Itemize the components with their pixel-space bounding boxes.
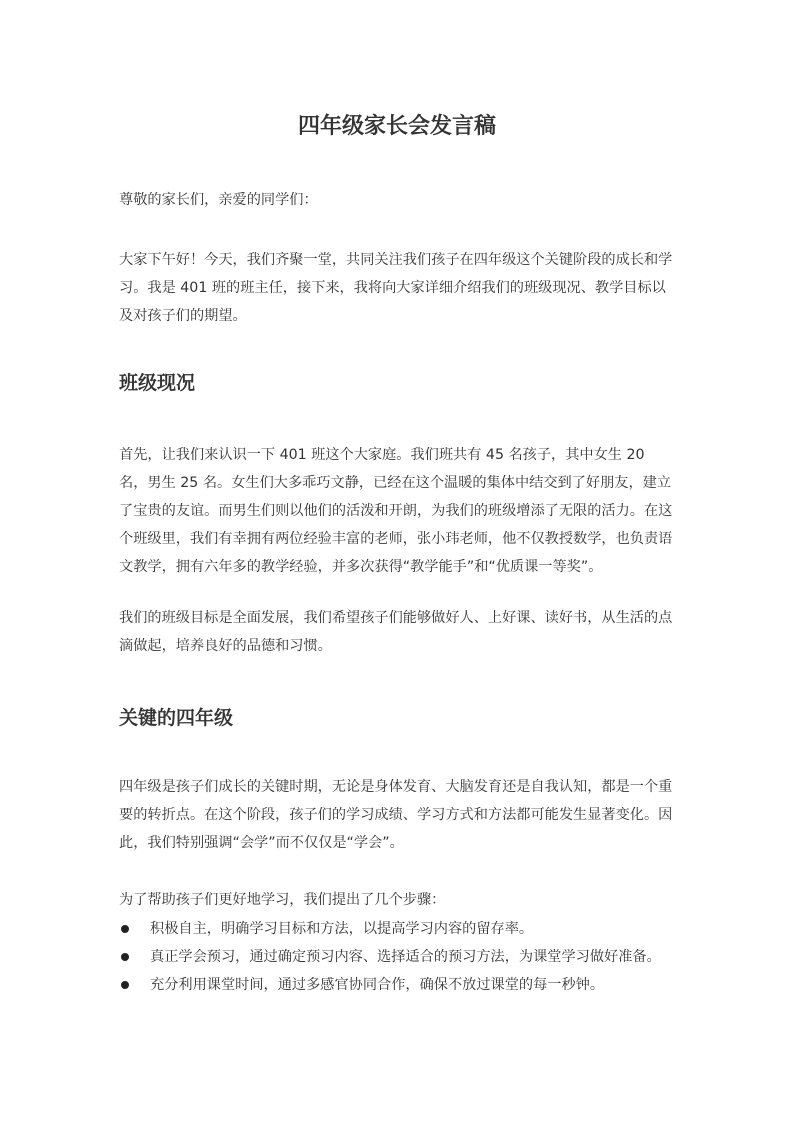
bullet-icon	[121, 981, 129, 989]
list-item-text: 积极自主，明确学习目标和方法，以提高学习内容的留存率。	[150, 921, 533, 937]
section-heading-key-grade: 关键的四年级	[119, 704, 233, 732]
class-status-paragraph: 首先，让我们来认识一下 401 班这个大家庭。我们班共有 45 名孩子，其中女生…	[119, 441, 675, 581]
greeting: 尊敬的家长们，亲爱的同学们：	[119, 186, 675, 214]
steps-list: 积极自主，明确学习目标和方法，以提高学习内容的留存率。 真正学会预习，通过确定预…	[119, 915, 679, 999]
steps-intro-paragraph: 为了帮助孩子们更好地学习，我们提出了几个步骤：	[119, 886, 675, 914]
bullet-icon	[121, 953, 129, 961]
list-item-text: 真正学会预习，通过确定预习内容、选择适合的预习方法，为课堂学习做好准备。	[150, 949, 661, 965]
intro-paragraph: 大家下午好！今天，我们齐聚一堂，共同关注我们孩子在四年级这个关键阶段的成长和学习…	[119, 246, 675, 330]
section-heading-class-status: 班级现况	[119, 369, 195, 397]
bullet-icon	[121, 925, 129, 933]
list-item: 充分利用课堂时间，通过多感官协同合作，确保不放过课堂的每一秒钟。	[119, 971, 679, 999]
list-item: 积极自主，明确学习目标和方法，以提高学习内容的留存率。	[119, 915, 679, 943]
class-goal-paragraph: 我们的班级目标是全面发展，我们希望孩子们能够做好人、上好课、读好书，从生活的点滴…	[119, 604, 675, 660]
list-item: 真正学会预习，通过确定预习内容、选择适合的预习方法，为课堂学习做好准备。	[119, 943, 679, 971]
list-item-text: 充分利用课堂时间，通过多感官协同合作，确保不放过课堂的每一秒钟。	[150, 977, 604, 993]
key-grade-paragraph: 四年级是孩子们成长的关键时期，无论是身体发育、大脑发育还是自我认知，都是一个重要…	[119, 773, 675, 857]
document-title: 四年级家长会发言稿	[119, 112, 675, 142]
